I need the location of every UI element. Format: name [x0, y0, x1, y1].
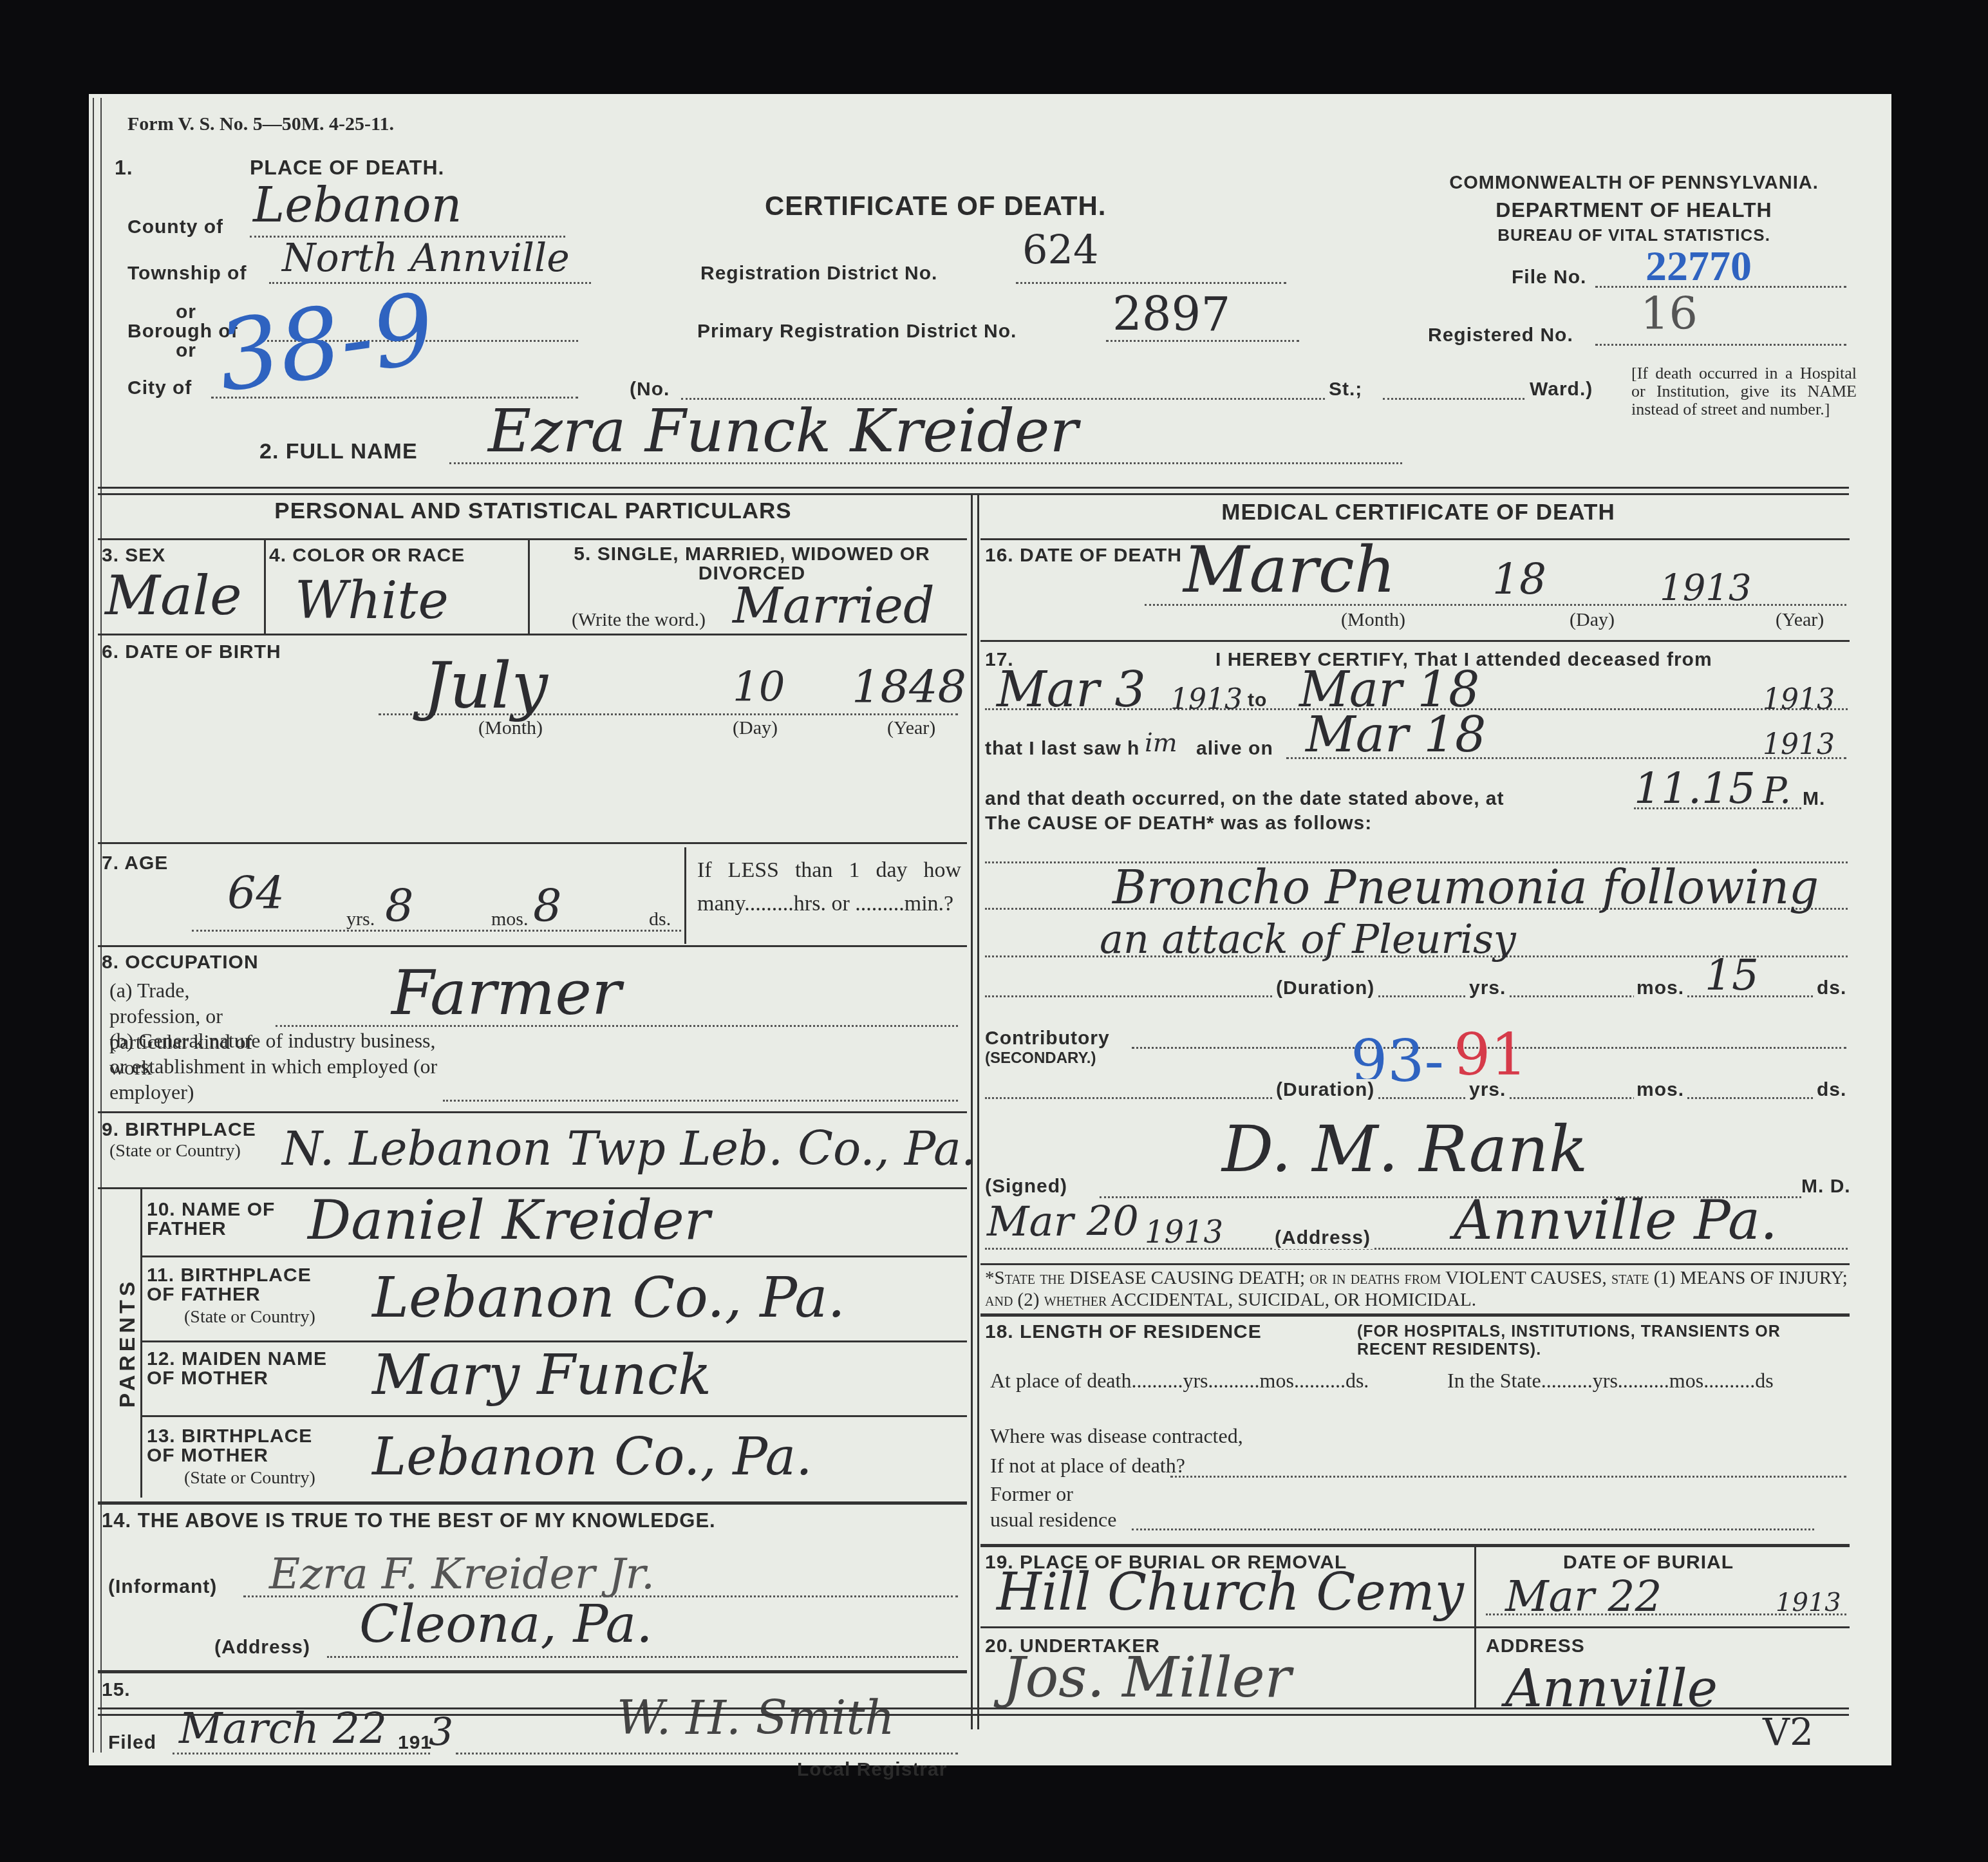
issuer-line-3: BUREAU OF VITAL STATISTICS.	[1428, 225, 1840, 245]
day-hint: (Day)	[733, 717, 778, 739]
last-saw-year: 1913	[1763, 728, 1835, 761]
dod-year: 1913	[1660, 567, 1752, 609]
ds-label: ds.	[1814, 1079, 1849, 1101]
yrs-label: yrs.	[1467, 1079, 1508, 1101]
informant-address-value: Cleona, Pa.	[359, 1594, 653, 1654]
sex-value: Male	[105, 564, 242, 627]
father-name-value: Daniel Kreider	[308, 1189, 710, 1252]
burial-date-value: Mar 22	[1505, 1572, 1662, 1621]
dod-day: 18	[1492, 554, 1546, 604]
burial-date-label: DATE OF BURIAL	[1563, 1552, 1734, 1574]
form-number: Form V. S. No. 5—50M. 4-25-11.	[127, 113, 394, 135]
full-name-value: Ezra Funck Kreider	[488, 397, 1078, 466]
attended-to-year: 1913	[1763, 683, 1835, 716]
alive-on-label: alive on	[1196, 738, 1273, 760]
ward-label: Ward.)	[1530, 379, 1593, 400]
informant-label: (Informant)	[108, 1576, 217, 1598]
sex-label: 3. SEX	[102, 545, 165, 567]
occupation-label: 8. OCCUPATION	[102, 952, 259, 973]
mother-maiden-label: 12. MAIDEN NAME OF MOTHER	[147, 1349, 353, 1388]
death-ampm: P.	[1763, 770, 1791, 812]
county-label: County of	[127, 216, 223, 238]
registered-no-value: 16	[1640, 287, 1698, 340]
certificate-title: CERTIFICATE OF DEATH.	[765, 191, 1106, 221]
attended-from-year: 1913	[1170, 683, 1242, 716]
state-or-country-hint: (State or Country)	[184, 1307, 315, 1328]
burial-year: 1913	[1776, 1588, 1841, 1617]
mother-birthplace-label: 13. BIRTHPLACE OF MOTHER	[147, 1427, 340, 1465]
filed-number: 15.	[102, 1679, 131, 1701]
if-not-place: If not at place of death?	[990, 1454, 1185, 1478]
registered-no-label: Registered No.	[1428, 324, 1573, 346]
hospital-note: [If death occurred in a Hospital or Inst…	[1631, 364, 1857, 418]
mother-maiden-value: Mary Funck	[372, 1343, 711, 1407]
attended-from: Mar 3	[997, 661, 1146, 718]
yrs-label: yrs.	[346, 908, 375, 930]
where-contracted: Where was disease contracted,	[990, 1424, 1243, 1448]
or-label: or	[176, 340, 196, 362]
footnote: *State the DISEASE CAUSING DEATH; or in …	[985, 1267, 1848, 1311]
physician-signature: D. M. Rank	[1222, 1111, 1588, 1187]
registrar-signature: W. H. Smith	[617, 1691, 895, 1745]
full-name-label: 2. FULL NAME	[259, 439, 418, 464]
less-than-day: If LESS than 1 day how many.........hrs.…	[697, 854, 961, 921]
filed-year-suffix: 3	[429, 1710, 453, 1755]
cause-line-1: Broncho Pneumonia following	[1112, 860, 1819, 914]
address-label: (Address)	[214, 1637, 310, 1659]
birthplace-hint: (State or Country)	[109, 1141, 241, 1161]
attestation-label: 14. THE ABOVE IS TRUE TO THE BEST OF MY …	[102, 1509, 716, 1532]
former-residence: Former or usual residence	[990, 1481, 1119, 1532]
cause-label: The CAUSE OF DEATH* was as follows:	[985, 813, 1372, 834]
primary-district-label: Primary Registration District No.	[697, 321, 1017, 343]
medical-heading: MEDICAL CERTIFICATE OF DEATH	[984, 500, 1853, 525]
filed-label: Filed	[108, 1732, 156, 1754]
last-saw-date: Mar 18	[1306, 706, 1486, 763]
ds-label: ds.	[649, 908, 671, 930]
informant-value: Ezra F. Kreider Jr.	[269, 1549, 655, 1599]
last-saw-label: that I last saw h	[985, 738, 1139, 760]
cause-line-2: an attack of Pleurisy	[1100, 916, 1516, 963]
filed-year-prefix: 191	[398, 1732, 432, 1754]
duration-label: (Duration)	[1273, 977, 1377, 999]
yrs-label: yrs.	[1467, 977, 1508, 999]
secondary-label: (SECONDARY.)	[985, 1049, 1096, 1067]
burial-place-value: Hill Church Cemy	[997, 1562, 1464, 1622]
registration-district-value: 624	[1022, 226, 1098, 273]
registrar-label: Local Registrar	[797, 1759, 947, 1781]
mos-label: mos.	[491, 908, 529, 930]
signed-label: (Signed)	[985, 1176, 1067, 1198]
father-name-label: 10. NAME OF FATHER	[147, 1200, 321, 1239]
issuer-line-1: COMMONWEALTH OF PENNSYLVANIA.	[1428, 173, 1840, 194]
signed-date: Mar 20	[987, 1198, 1139, 1246]
undertaker-address-value: Annville	[1505, 1659, 1718, 1718]
mother-birthplace-value: Lebanon Co., Pa.	[372, 1427, 812, 1487]
undertaker-address-label: ADDRESS	[1486, 1635, 1585, 1657]
parents-label: PARENTS	[115, 1278, 140, 1408]
place-of-death-heading: PLACE OF DEATH.	[250, 156, 444, 180]
place-of-death-number: 1.	[115, 156, 133, 180]
m-label: M.	[1803, 788, 1825, 810]
birthplace-value: N. Lebanon Twp Leb. Co., Pa.	[282, 1122, 976, 1176]
dod-label: 16. DATE OF DEATH	[985, 545, 1182, 567]
birthplace-label: 9. BIRTHPLACE	[102, 1119, 256, 1141]
death-time-label: and that death occurred, on the date sta…	[985, 788, 1504, 810]
month-hint: (Month)	[478, 717, 543, 739]
md-label: M. D.	[1801, 1176, 1851, 1198]
blue-annotation: 38-9	[211, 272, 442, 413]
age-label: 7. AGE	[102, 852, 168, 874]
marital-hint: (Write the word.)	[572, 609, 706, 631]
occupation-b-label: (b) General nature of industry business,…	[109, 1028, 444, 1105]
physician-address: Annville Pa.	[1454, 1189, 1777, 1252]
residence-label: 18. LENGTH OF RESIDENCE	[985, 1321, 1262, 1343]
death-certificate: Form V. S. No. 5—50M. 4-25-11. 1. PLACE …	[89, 94, 1891, 1765]
contributory-label: Contributory	[985, 1028, 1110, 1049]
race-value: White	[295, 570, 449, 630]
dob-label: 6. DATE OF BIRTH	[102, 641, 281, 663]
city-label: City of	[127, 377, 192, 399]
duration-label: (Duration)	[1273, 1079, 1377, 1101]
registration-district-label: Registration District No.	[700, 263, 937, 285]
at-place-of-death: At place of death..........yrs..........…	[990, 1368, 1389, 1393]
address-label: (Address)	[1272, 1227, 1373, 1249]
year-hint: (Year)	[1776, 609, 1824, 631]
day-hint: (Day)	[1570, 609, 1615, 631]
or-label: or	[176, 301, 196, 323]
last-saw-pronoun: im	[1145, 728, 1177, 758]
marital-value: Married	[733, 577, 935, 634]
father-birthplace-label: 11. BIRTHPLACE OF FATHER	[147, 1266, 340, 1304]
ds-label: ds.	[1814, 977, 1849, 999]
dob-year: 1848	[852, 661, 966, 713]
dob-day: 10	[733, 664, 785, 711]
undertaker-value: Jos. Miller	[1003, 1646, 1291, 1710]
file-no-value: 22770	[1646, 242, 1752, 291]
issuer-line-2: DEPARTMENT OF HEALTH	[1428, 198, 1840, 222]
county-value: Lebanon	[253, 178, 462, 233]
file-no-label: File No.	[1512, 267, 1586, 288]
mos-label: mos.	[1634, 977, 1687, 999]
age-years: 64	[227, 867, 285, 919]
to-label: to	[1248, 690, 1267, 711]
year-hint: (Year)	[887, 717, 935, 739]
primary-district-value: 2897	[1112, 287, 1230, 341]
signed-year: 1913	[1145, 1214, 1223, 1250]
death-time: 11.15	[1634, 764, 1756, 813]
township-label: Township of	[127, 263, 247, 285]
dod-month: March	[1183, 532, 1396, 607]
race-label: 4. COLOR OR RACE	[269, 545, 465, 567]
filed-date: March 22	[179, 1704, 387, 1753]
in-the-state: In the State..........yrs..........mos..…	[1447, 1368, 1846, 1393]
father-birthplace-value: Lebanon Co., Pa.	[372, 1266, 845, 1330]
residence-note: (FOR HOSPITALS, INSTITUTIONS, TRANSIENTS…	[1357, 1322, 1846, 1359]
state-or-country-hint: (State or Country)	[184, 1468, 315, 1489]
street-label: St.;	[1329, 379, 1362, 400]
dob-month: July	[424, 648, 548, 723]
mos-label: mos.	[1634, 1079, 1687, 1101]
corner-mark: V2	[1763, 1710, 1814, 1754]
occupation-value: Farmer	[391, 957, 621, 1029]
month-hint: (Month)	[1341, 609, 1405, 631]
age-months: 8	[385, 879, 414, 932]
duration-days: 15	[1705, 950, 1759, 1000]
personal-heading: PERSONAL AND STATISTICAL PARTICULARS	[102, 498, 964, 524]
age-days: 8	[533, 879, 562, 932]
